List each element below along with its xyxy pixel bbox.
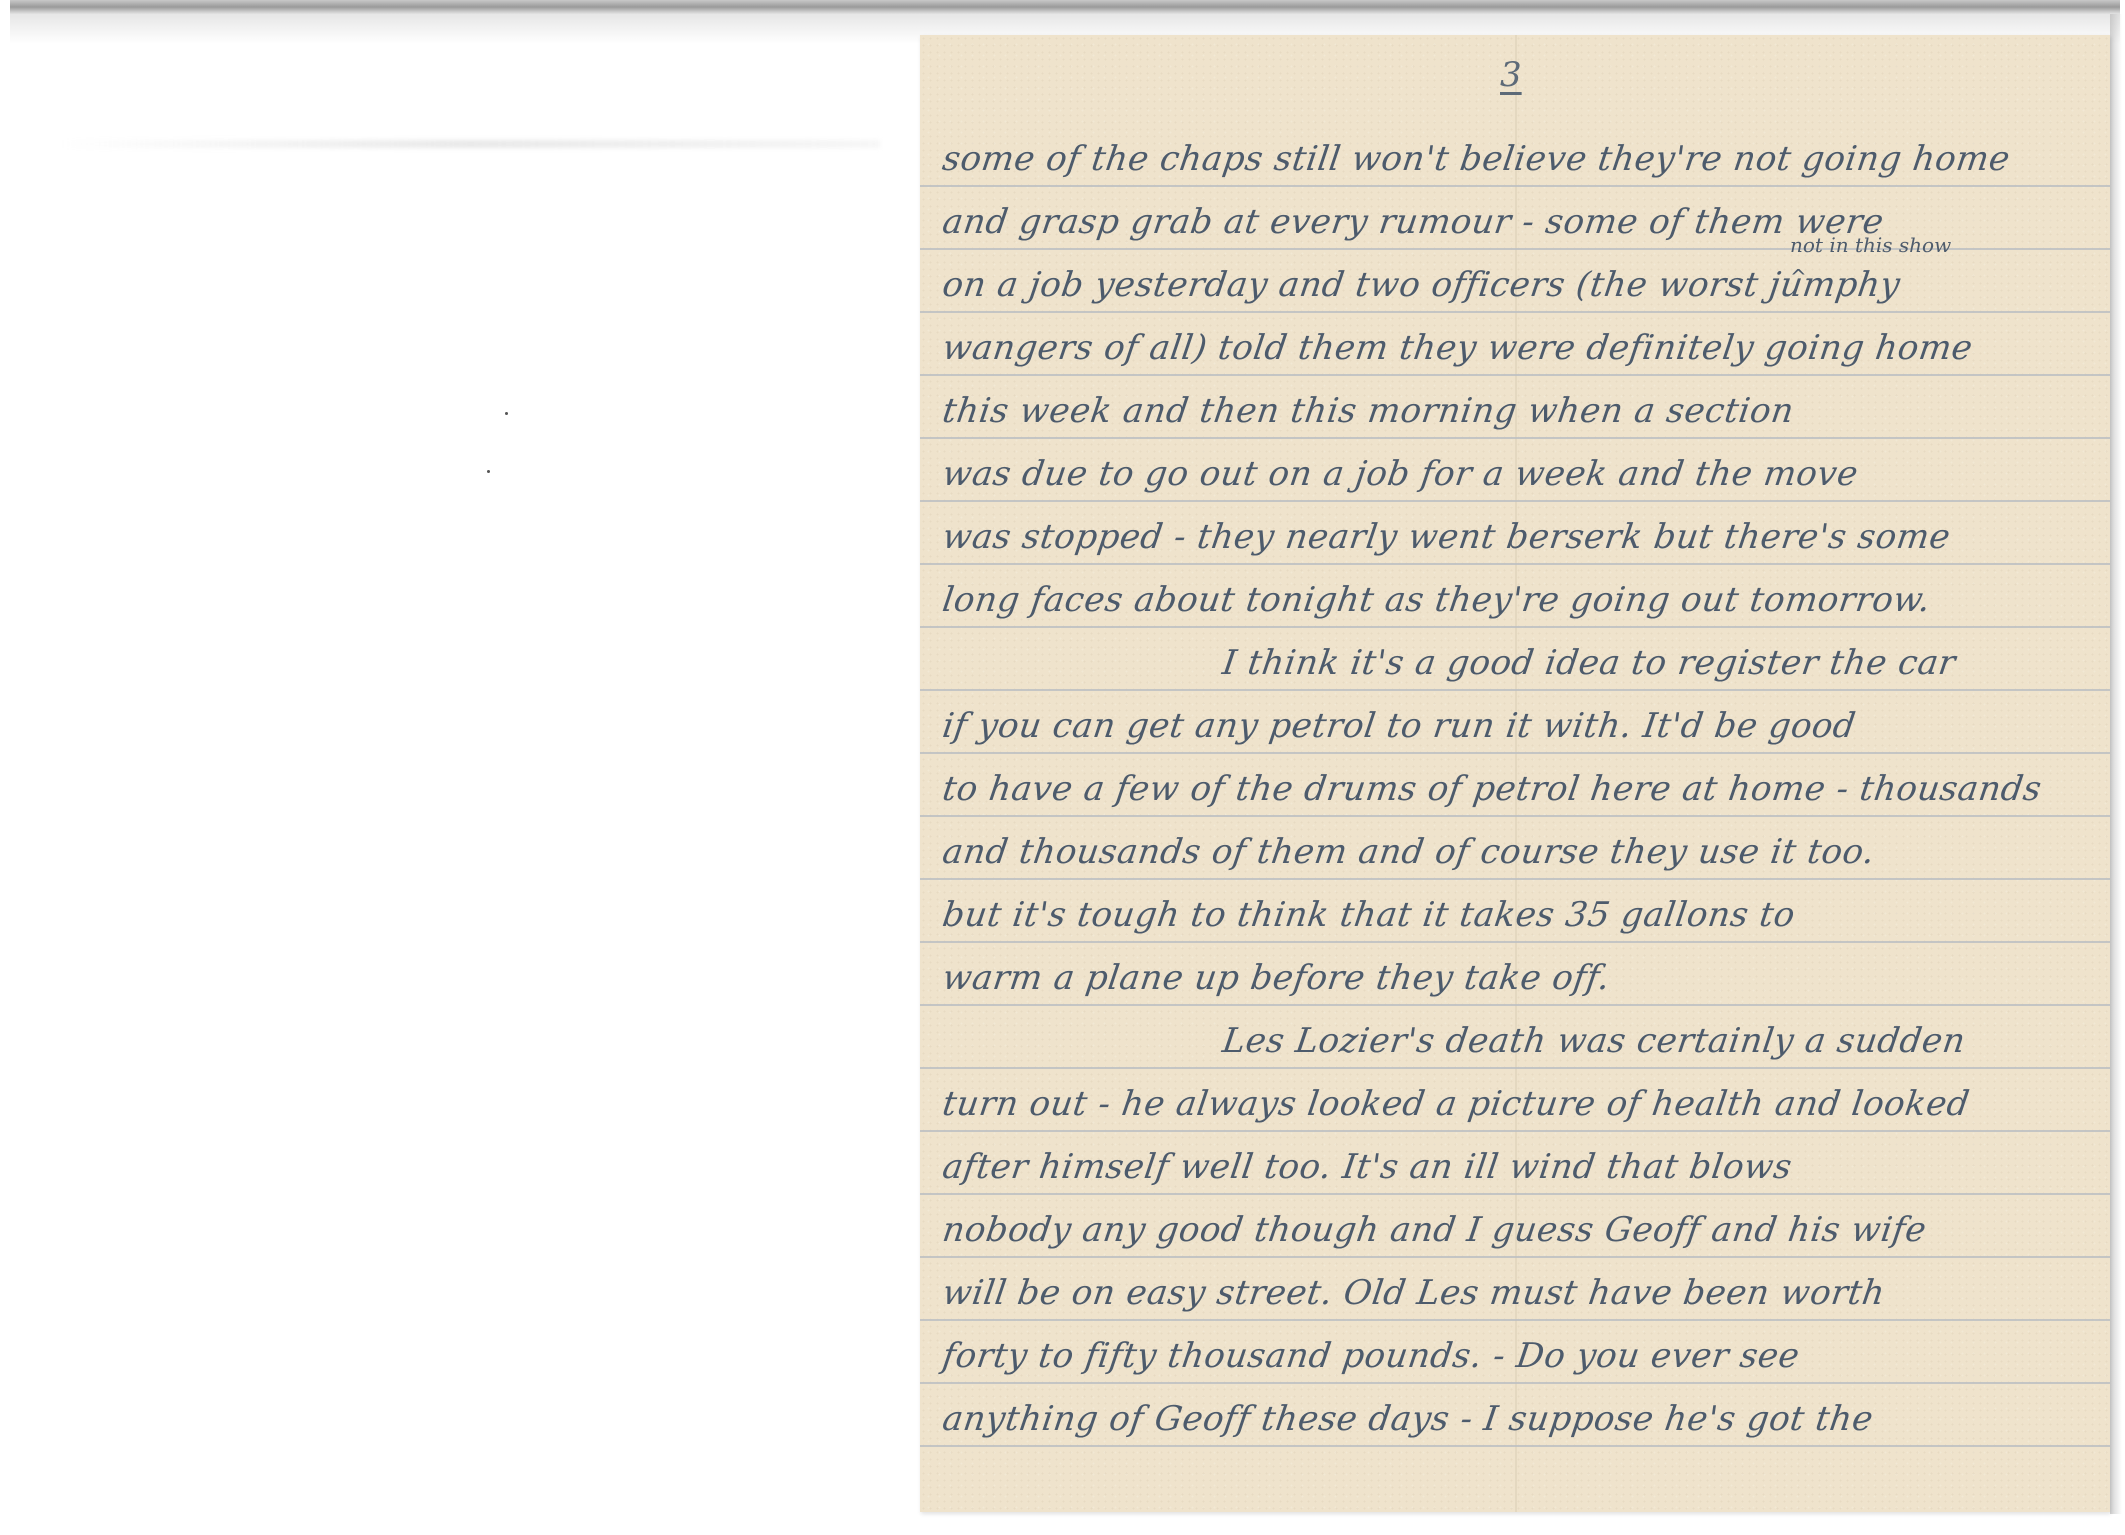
ruled-line [920, 185, 2110, 187]
text-line-12: and thousands of them and of course they… [940, 832, 1877, 872]
text-line-5: this week and then this morning when a s… [940, 391, 1797, 431]
ruled-line [920, 1130, 2110, 1132]
text-line-11: to have a few of the drums of petrol her… [940, 769, 2044, 809]
ruled-line [920, 1319, 2110, 1321]
ruled-line [920, 1193, 2110, 1195]
text-line-21: anything of Geoff these days - I suppose… [940, 1399, 1876, 1439]
ruled-line [920, 1382, 2110, 1384]
ruled-line [920, 878, 2110, 880]
text-line-20: forty to fifty thousand pounds. - Do you… [940, 1336, 1802, 1376]
letter-page: 3 not in this show ^ some of the chaps s… [920, 35, 2110, 1512]
ruled-line [920, 941, 2110, 943]
ruled-line [920, 752, 2110, 754]
ruled-line [920, 626, 2110, 628]
text-line-18: nobody any good though and I guess Geoff… [940, 1210, 1929, 1250]
text-line-16: turn out - he always looked a picture of… [940, 1084, 1972, 1124]
text-line-3: on a job yesterday and two officers (the… [940, 265, 1903, 305]
text-line-13: but it's tough to think that it takes 35… [940, 895, 1798, 935]
ruled-line [920, 563, 2110, 565]
ruled-line [920, 311, 2110, 313]
text-line-7: was stopped - they nearly went berserk b… [940, 517, 1953, 557]
text-line-8: long faces about tonight as they're goin… [940, 580, 1933, 620]
text-line-4: wangers of all) told them they were defi… [940, 328, 1975, 368]
page-number: 3 [1500, 55, 1522, 95]
text-line-6: was due to go out on a job for a week an… [940, 454, 1861, 494]
stray-mark [487, 470, 490, 473]
text-line-17: after himself well too. It's an ill wind… [940, 1147, 1795, 1187]
text-line-1: some of the chaps still won't believe th… [940, 139, 2013, 179]
ruled-line [920, 437, 2110, 439]
faint-bleed-through [60, 140, 880, 148]
ruled-line [920, 500, 2110, 502]
text-line-14: warm a plane up before they take off. [940, 958, 1613, 998]
scanner-top-edge [10, 0, 2120, 14]
text-line-10: if you can get any petrol to run it with… [940, 706, 1858, 746]
ruled-line [920, 1445, 2110, 1447]
ruled-line [920, 1256, 2110, 1258]
ruled-line [920, 689, 2110, 691]
text-line-2: and grasp grab at every rumour - some of… [940, 202, 1886, 242]
ruled-line [920, 374, 2110, 376]
ruled-line [920, 1067, 2110, 1069]
scanner-right-edge [2110, 14, 2122, 1514]
text-line-19: will be on easy street. Old Les must hav… [940, 1273, 1887, 1313]
text-line-15: Les Lozier's death was certainly a sudde… [1220, 1021, 1968, 1061]
text-line-9: I think it's a good idea to register the… [1220, 643, 1958, 683]
ruled-line [920, 815, 2110, 817]
stray-mark [505, 412, 508, 415]
ruled-line [920, 1004, 2110, 1006]
